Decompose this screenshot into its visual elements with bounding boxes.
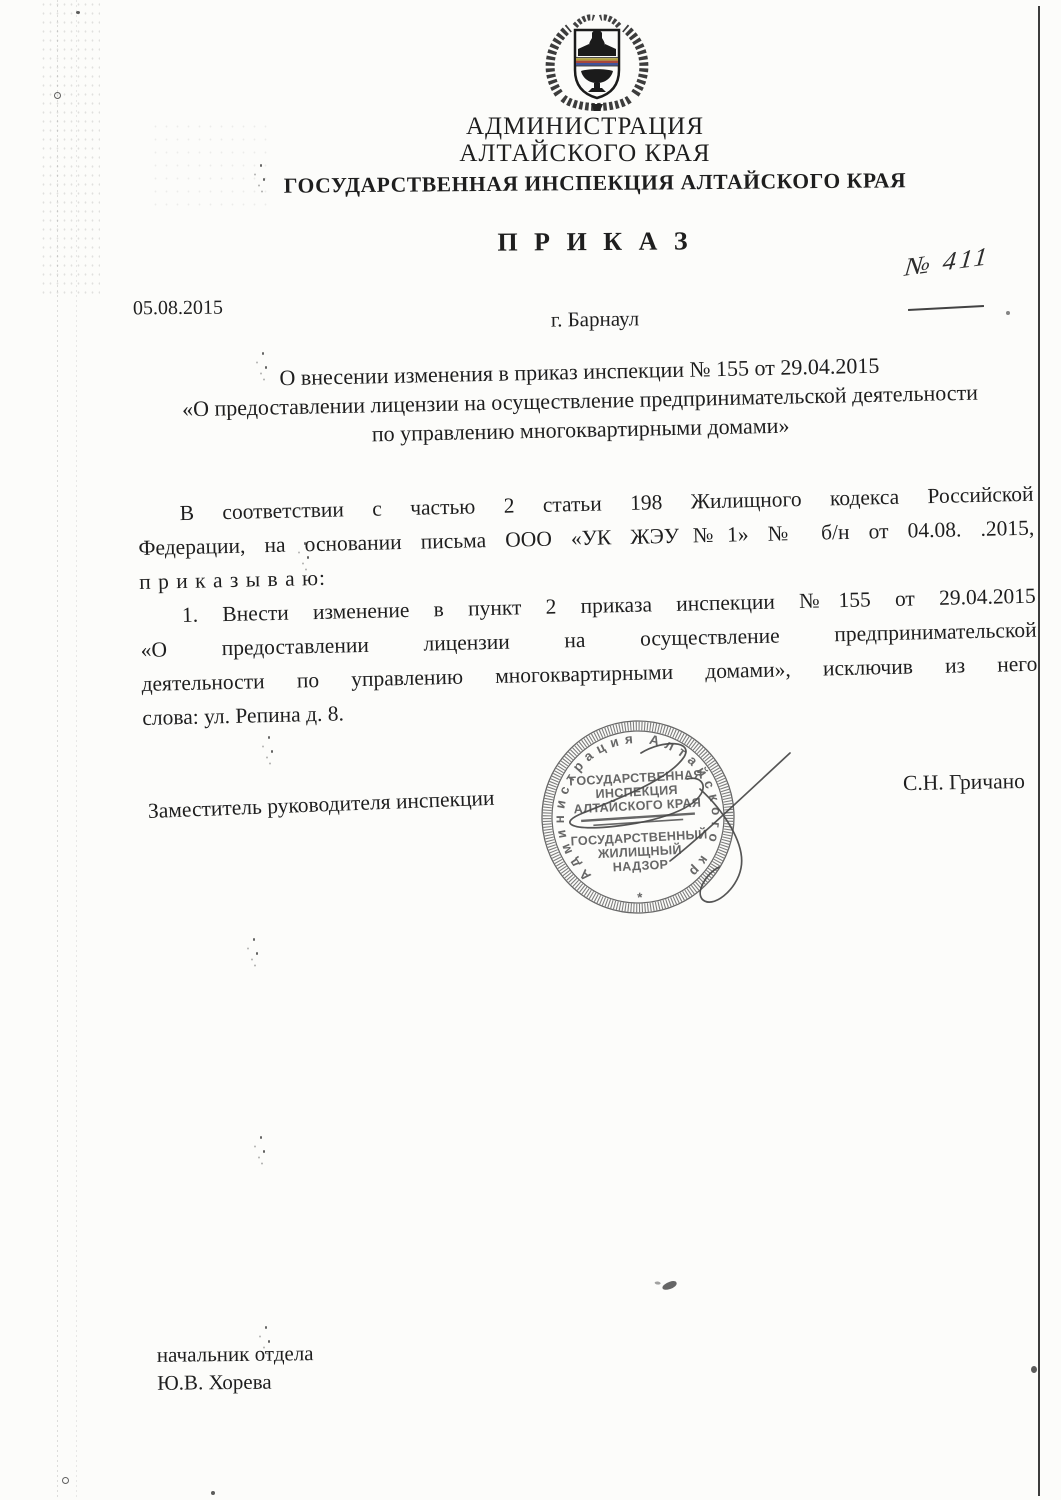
altai-krai-coat-of-arms	[536, 12, 658, 116]
org-name-line2: АЛТАЙСКОГО КРАЯ	[285, 141, 885, 167]
document-city: г. Барнаул	[95, 300, 1061, 339]
scan-dot	[76, 11, 80, 14]
scanned-order-document: АДМИНИСТРАЦИЯ АЛТАЙСКОГО КРАЯ ГОСУДАРСТВ…	[0, 0, 1061, 1500]
document-footer: начальник отдела Ю.В. Хорева	[157, 1339, 314, 1397]
inspection-title: ГОСУДАРСТВЕННАЯ ИНСПЕКЦИЯ АЛТАЙСКОГО КРА…	[80, 167, 1061, 201]
stamp-inner-line: НАДЗОР	[612, 857, 668, 874]
scan-smudge	[661, 1280, 677, 1291]
scan-dot	[62, 1477, 69, 1484]
document-body: В соответствии с частью 2 статьи 198 Жил…	[137, 477, 1038, 735]
signer-name: С.Н. Гричано	[903, 769, 1025, 796]
scan-speckle	[258, 730, 284, 764]
scan-streak	[57, 0, 58, 1500]
footer-name: Ю.В. Хорева	[157, 1367, 314, 1397]
tricolor-band	[576, 57, 618, 66]
footer-position-label: начальник отдела	[157, 1339, 314, 1369]
scan-dot	[211, 1491, 215, 1495]
scan-speckle	[250, 1130, 276, 1164]
stamp-ring-star: *	[637, 890, 648, 905]
scan-dot	[54, 92, 61, 99]
scan-dot	[1031, 1366, 1037, 1373]
scan-streak	[76, 0, 77, 1500]
scan-speckle	[243, 932, 269, 966]
document-subject: О внесении изменения в приказ инспекции …	[84, 347, 1061, 455]
signer-position-label: Заместитель руководителя инспекции	[148, 786, 495, 824]
official-round-stamp: Администрация Алтайского края * ГОСУДАРС…	[532, 711, 744, 923]
org-name-line1: АДМИНИСТРАЦИЯ	[285, 114, 885, 140]
